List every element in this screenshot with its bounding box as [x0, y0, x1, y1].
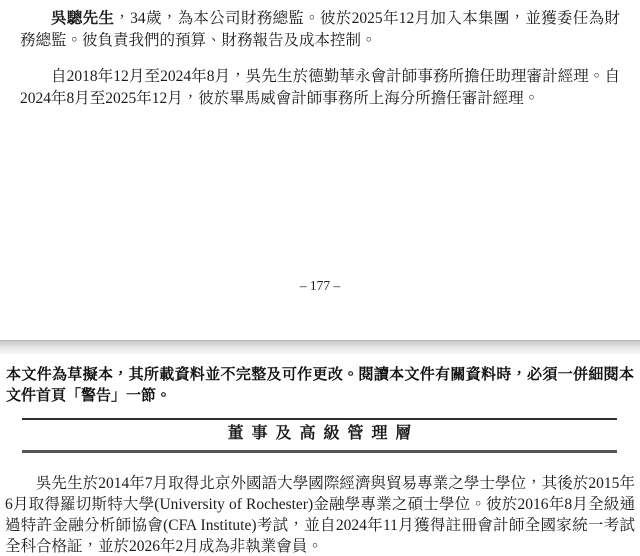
page-top-section: 吳驄先生，34歲，為本公司財務總監。彼於2025年12月加入本集團，並獲委任為財…: [0, 8, 640, 296]
bio-paragraph: 吳驄先生，34歲，為本公司財務總監。彼於2025年12月加入本集團，並獲委任為財…: [20, 8, 620, 52]
section-title: 董事及高級管理層: [227, 425, 419, 442]
section-header-box: 董事及高級管理層: [22, 418, 617, 453]
education-paragraph: 吳先生於2014年7月取得北京外國語大學國際經濟與貿易專業之學士學位，其後於20…: [5, 473, 635, 556]
career-paragraph: 自2018年12月至2024年8月，吳先生於德勤華永會計師事務所擔任助理審計經理…: [20, 66, 620, 110]
page-bottom-section: 本文件為草擬本，其所載資料並不完整及可作更改。閱讀本文件有關資料時，必須一併細閱…: [0, 364, 640, 556]
draft-warning-text: 本文件為草擬本，其所載資料並不完整及可作更改。閱讀本文件有關資料時，必須一併細閱…: [6, 364, 634, 406]
page-boundary-divider: [0, 340, 640, 354]
document-page: 吳驄先生，34歲，為本公司財務總監。彼於2025年12月加入本集團，並獲委任為財…: [0, 0, 640, 556]
page-number: – 177 –: [0, 276, 640, 296]
person-name: 吳驄先生: [51, 10, 114, 27]
